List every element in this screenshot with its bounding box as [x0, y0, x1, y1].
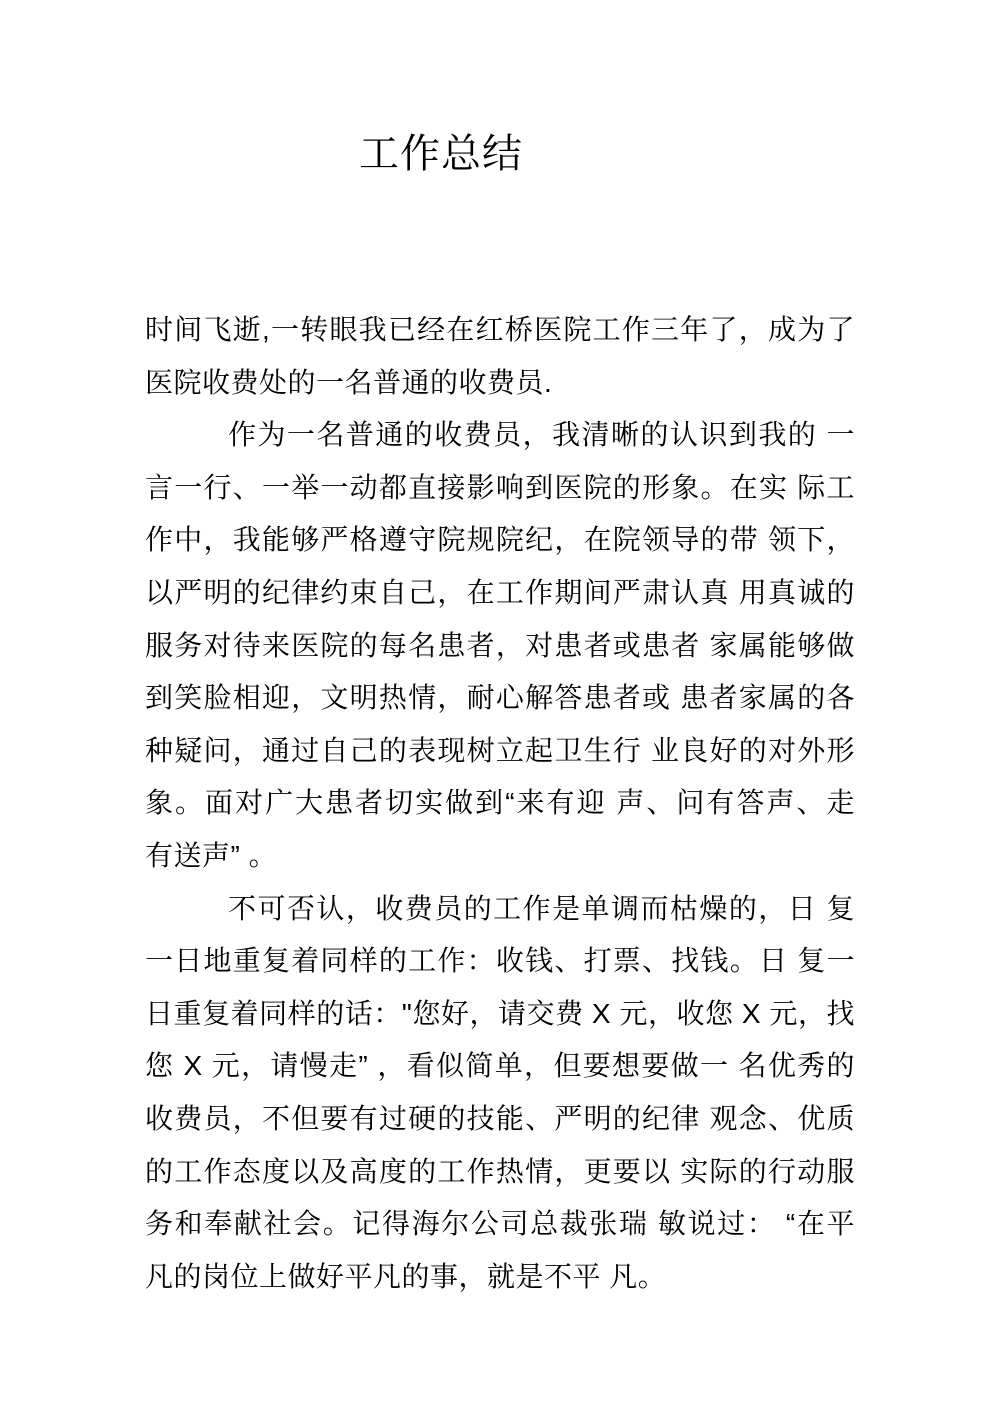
text-line: 言一行、一举一动都直接影响到医院的形象。在实 际工: [145, 462, 855, 515]
text-line: 有送声” 。: [145, 830, 855, 883]
page-title: 工作总结: [359, 130, 855, 178]
text-line: 凡的岗位上做好平凡的事，就是不平 凡。: [145, 1251, 855, 1304]
text-line: 的工作态度以及高度的工作热情，更要以 实际的行动服: [145, 1146, 855, 1199]
text-line: 象。面对广大患者切实做到“来有迎 声、问有答声、走: [145, 777, 855, 830]
text-line: 您 X 元，请慢走” ，看似简单，但要想要做一 名优秀的: [145, 1040, 855, 1093]
text-line: 务和奉献社会。记得海尔公司总裁张瑞 敏说过： “在平: [145, 1198, 855, 1251]
text-line: 作为一名普通的收费员，我清晰的认识到我的 一: [145, 409, 855, 462]
text-line: 作中，我能够严格遵守院规院纪，在院领导的带 领下，: [145, 514, 855, 567]
text-line: 日重复着同样的话："您好，请交费 X 元，收您 X 元，找: [145, 988, 855, 1041]
text-line: 种疑问，通过自己的表现树立起卫生行 业良好的对外形: [145, 725, 855, 778]
document-page: 工作总结 时间飞逝,一转眼我已经在红桥医院工作三年了，成为了医院收费处的一名普通…: [0, 0, 1000, 1415]
document-content: 工作总结 时间飞逝,一转眼我已经在红桥医院工作三年了，成为了医院收费处的一名普通…: [0, 130, 1000, 1303]
text-line: 收费员，不但要有过硬的技能、严明的纪律 观念、优质: [145, 1093, 855, 1146]
text-line: 一日地重复着同样的工作：收钱、打票、找钱。日 复一: [145, 935, 855, 988]
text-line: 医院收费处的一名普通的收费员.: [145, 357, 855, 410]
text-line: 到笑脸相迎，文明热情，耐心解答患者或 患者家属的各: [145, 672, 855, 725]
text-line: 时间飞逝,一转眼我已经在红桥医院工作三年了，成为了: [145, 304, 855, 357]
text-line: 不可否认，收费员的工作是单调而枯燥的，日 复: [145, 883, 855, 936]
document-body: 时间飞逝,一转眼我已经在红桥医院工作三年了，成为了医院收费处的一名普通的收费员.…: [145, 304, 855, 1303]
text-line: 服务对待来医院的每名患者，对患者或患者 家属能够做: [145, 620, 855, 673]
text-line: 以严明的纪律约束自己，在工作期间严肃认真 用真诚的: [145, 567, 855, 620]
